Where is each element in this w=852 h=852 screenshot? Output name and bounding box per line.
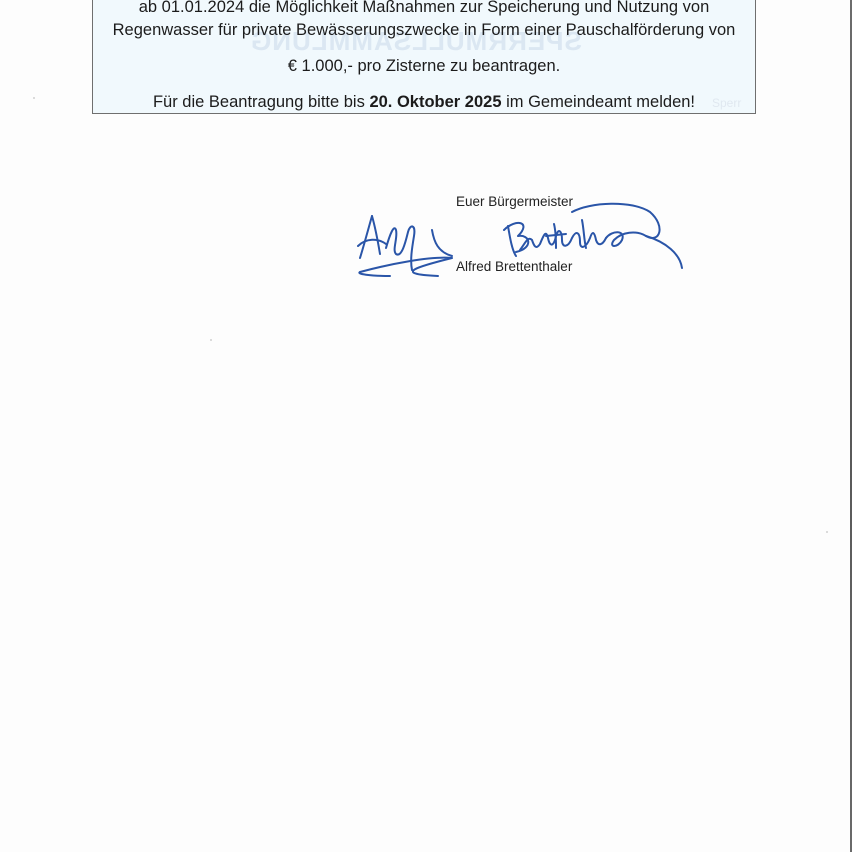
notice-line-3-amount: € 1.000,- pro Zisterne zu beantragen. — [92, 56, 756, 76]
deadline-date: 20. Oktober 2025 — [369, 93, 501, 111]
scan-speck — [210, 339, 212, 341]
signer-name: Alfred Brettenthaler — [456, 259, 572, 274]
deadline-prefix: Für die Beantragung bitte bis — [153, 93, 369, 111]
document-page: SPERRMÜLLSAMMLUNG Sperr ab 01.01.2024 di… — [0, 0, 852, 852]
scan-speck — [33, 97, 35, 99]
notice-line-2: Regenwasser für private Bewässerungszwec… — [92, 20, 756, 40]
deadline-suffix: im Gemeindeamt melden! — [502, 93, 696, 111]
closing-salutation: Euer Bürgermeister — [456, 194, 573, 209]
signature-block: Euer Bürgermeister Alfred Brettenthaler — [350, 190, 690, 280]
scan-speck — [826, 531, 828, 533]
notice-line-4-deadline: Für die Beantragung bitte bis 20. Oktobe… — [92, 92, 756, 112]
notice-line-1: ab 01.01.2024 die Möglichkeit Maßnahmen … — [92, 0, 756, 17]
